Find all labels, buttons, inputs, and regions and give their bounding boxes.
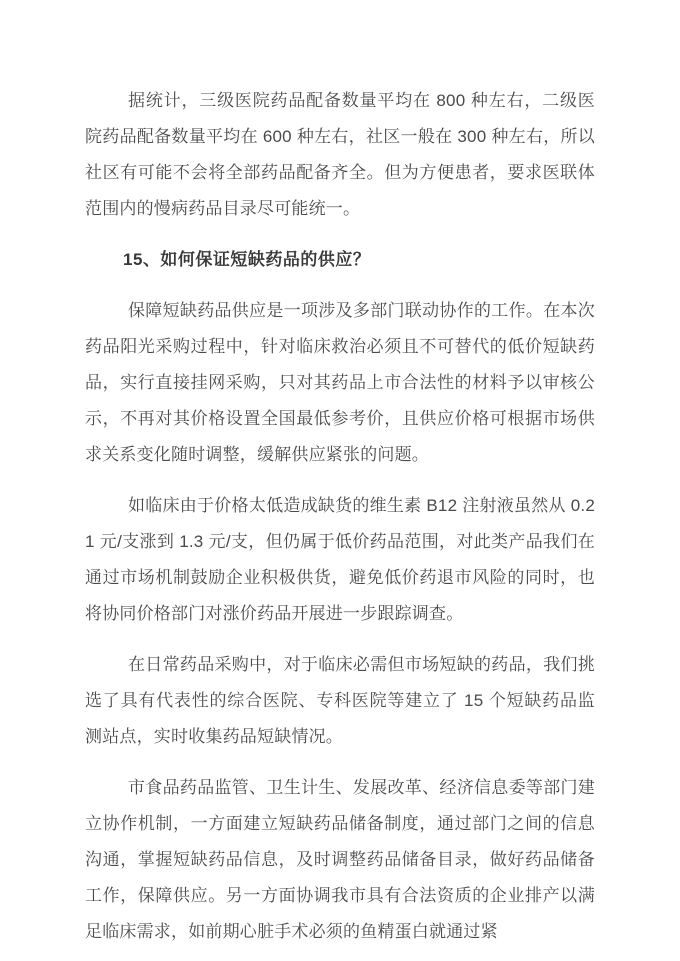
paragraph-department-cooperation: 市食品药品监管、卫生计生、发展改革、经济信息委等部门建立协作机制，一方面建立短缺…: [85, 770, 595, 950]
document-page: 据统计，三级医院药品配备数量平均在 800 种左右，二级医院药品配备数量平均在 …: [0, 0, 680, 961]
section-heading-q15: 15、如何保证短缺药品的供应？: [85, 242, 595, 278]
paragraph-monitoring-stations: 在日常药品采购中，对于临床必需但市场短缺的药品，我们挑选了具有代表性的综合医院、…: [85, 647, 595, 755]
paragraph-supply-guarantee: 保障短缺药品供应是一项涉及多部门联动协作的工作。在本次药品阳光采购过程中，针对临…: [85, 293, 595, 473]
paragraph-statistics: 据统计，三级医院药品配备数量平均在 800 种左右，二级医院药品配备数量平均在 …: [85, 83, 595, 227]
paragraph-vitamin-b12-example: 如临床由于价格太低造成缺货的维生素 B12 注射液虽然从 0.21 元/支涨到 …: [85, 488, 595, 632]
